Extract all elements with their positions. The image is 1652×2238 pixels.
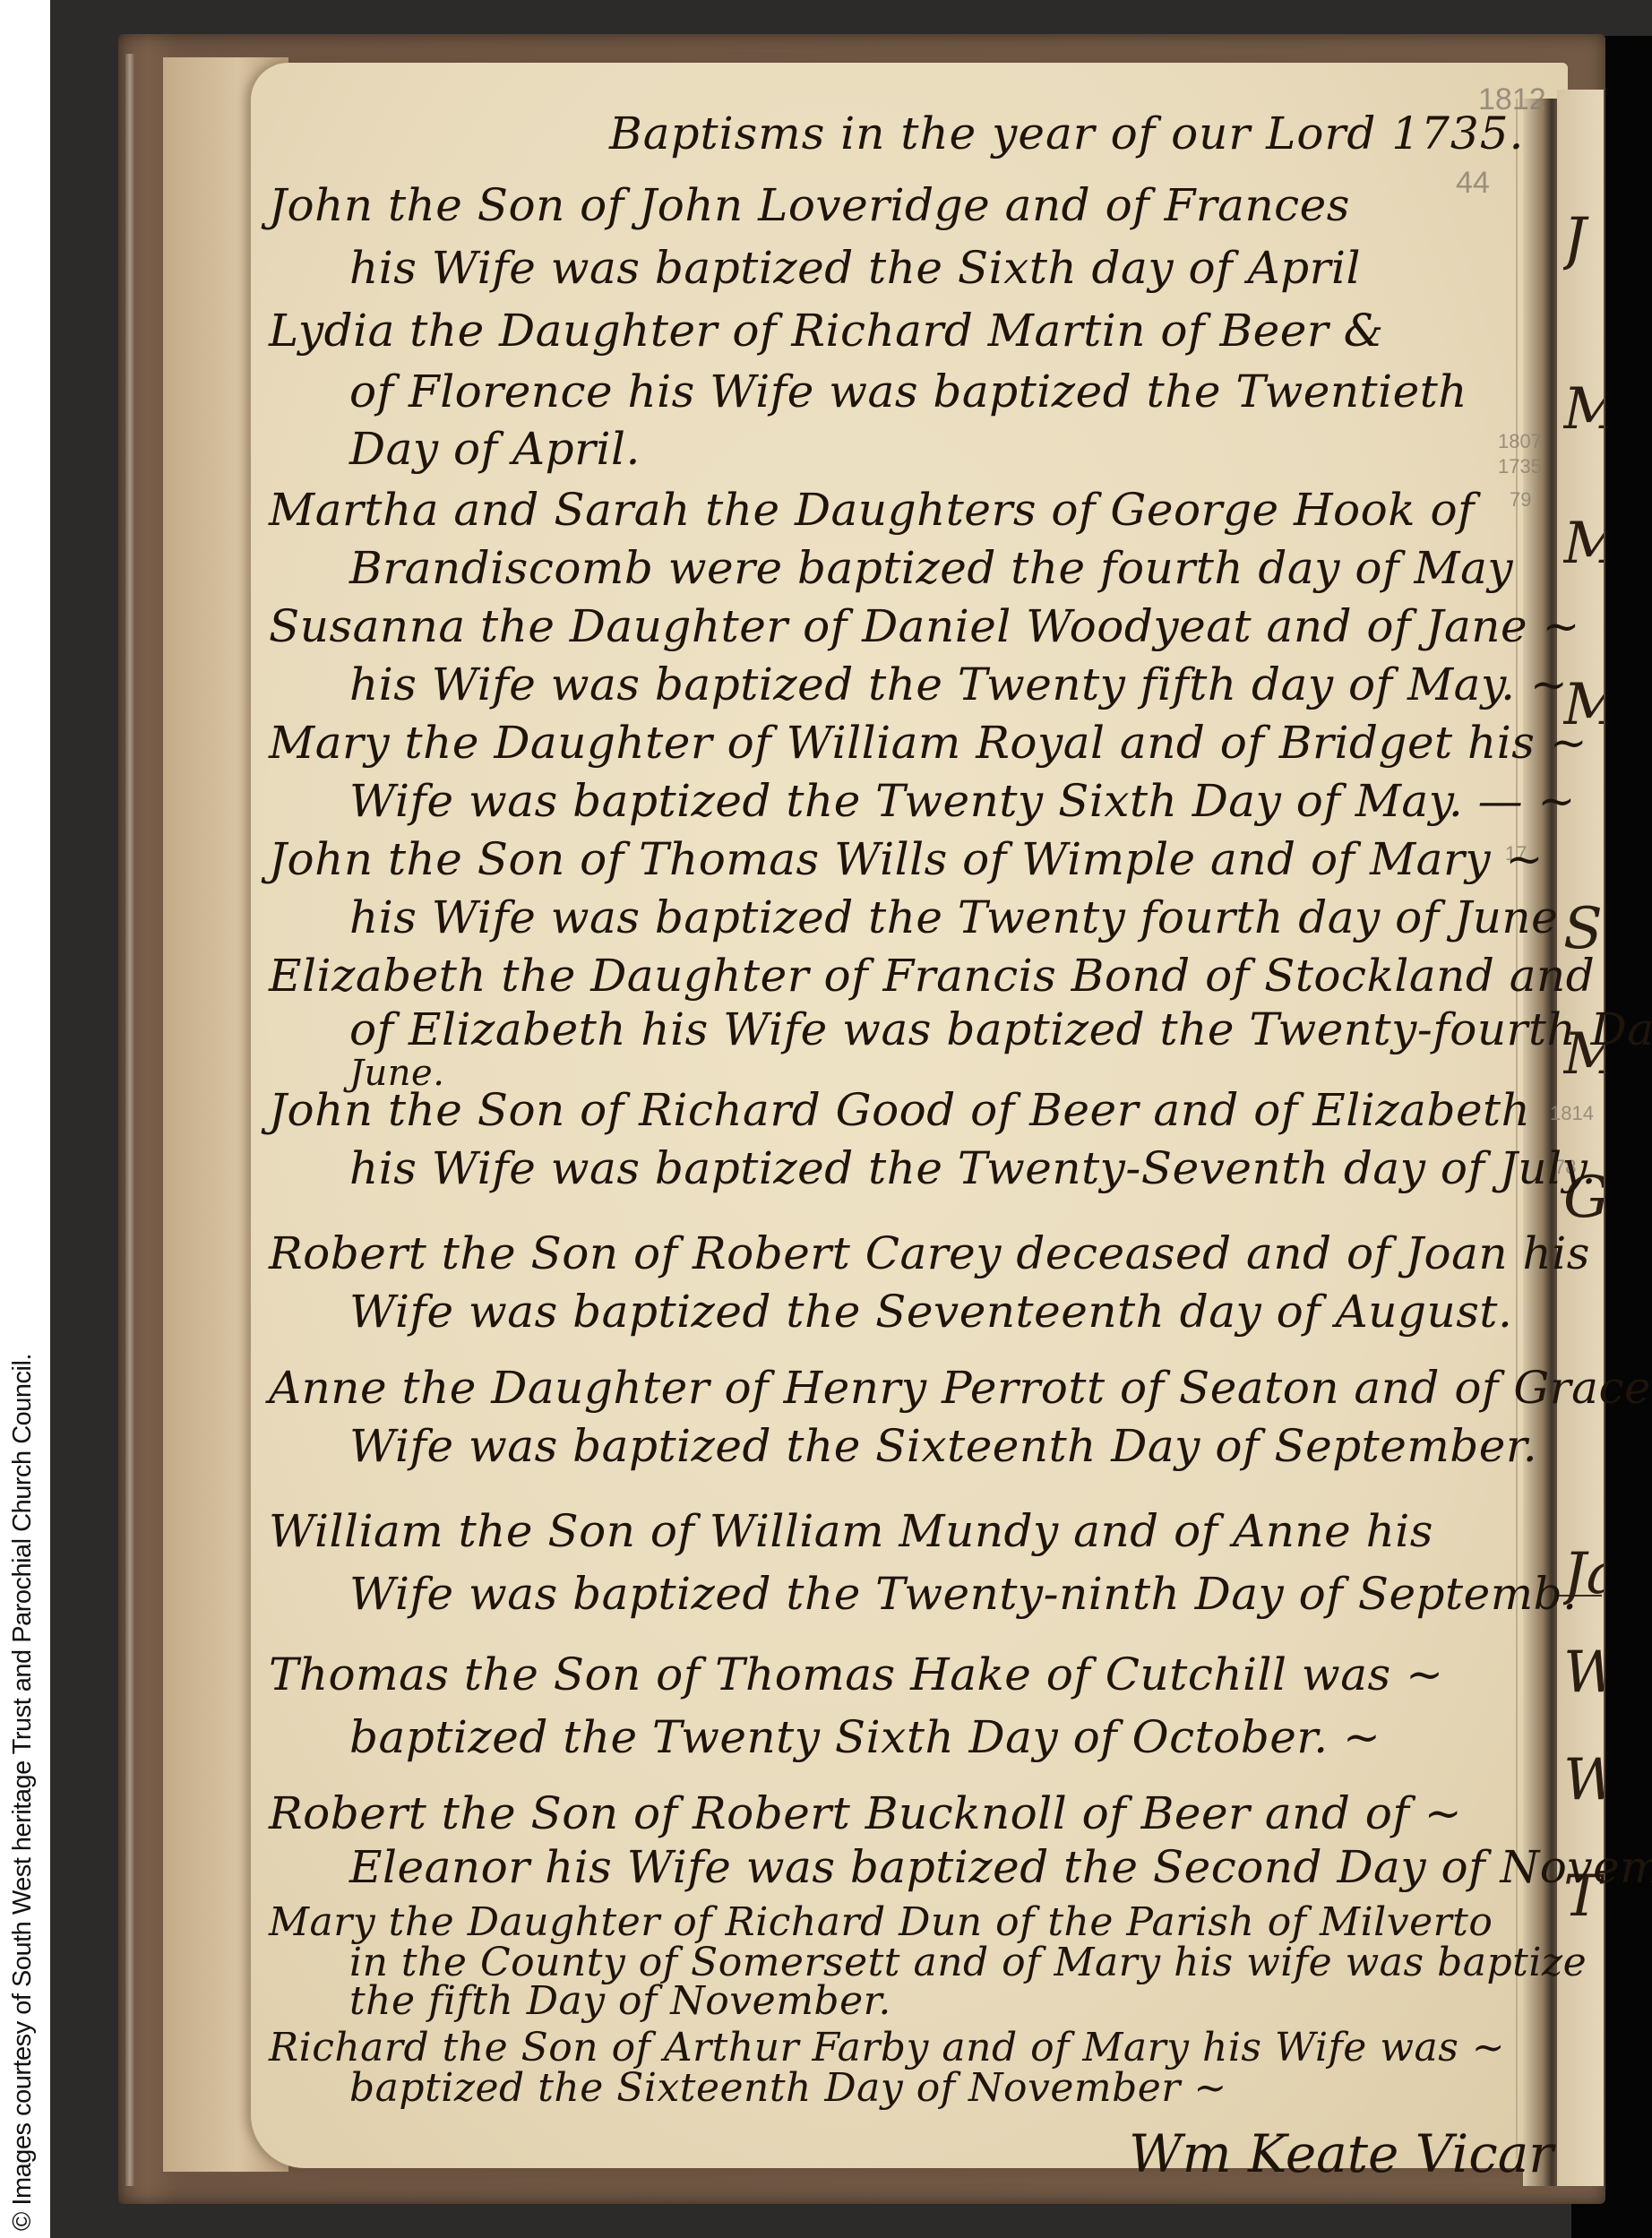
entry-line: Brandiscomb were baptized the fourth day… <box>349 542 1513 594</box>
vicar-signature: Wm Keate Vicar <box>1129 2123 1553 2184</box>
copyright-credit: © Images courtesy of South West heritage… <box>8 1354 38 2231</box>
entry-line: Richard the Son of Arthur Farby and of M… <box>269 2025 1505 2070</box>
entry-line: Wife was baptized the Twenty-ninth Day o… <box>349 1568 1578 1620</box>
entry-line: Day of April. <box>349 423 641 475</box>
entry-line: Susanna the Daughter of Daniel Woodyeat … <box>269 600 1580 652</box>
entry-line: his Wife was baptized the Twenty fourth … <box>349 891 1558 943</box>
entry-line: John the Son of Thomas Wills of Wimple a… <box>269 833 1544 885</box>
entry-line: Anne the Daughter of Henry Perrott of Se… <box>269 1362 1652 1414</box>
entry-line: Thomas the Son of Thomas Hake of Cutchil… <box>269 1648 1443 1700</box>
entry-line: Wife was baptized the Seventeenth day of… <box>349 1286 1512 1338</box>
entry-line: his Wife was baptized the Sixth day of A… <box>349 242 1361 294</box>
facing-glyph: W <box>1563 1747 1604 1813</box>
entry-line: John the Son of Richard Good of Beer and… <box>269 1084 1530 1136</box>
pencil-note: 1807 <box>1498 430 1542 453</box>
entry-line: baptized the Twenty Sixth Day of October… <box>349 1711 1381 1763</box>
entry-line: John the Son of John Loveridge and of Fr… <box>269 179 1350 231</box>
register-heading: Baptisms in the year of our Lord 1735. <box>609 108 1524 159</box>
entry-line: Martha and Sarah the Daughters of George… <box>269 484 1475 536</box>
pencil-note: 1735 <box>1498 455 1542 478</box>
pencil-note: 1814 <box>1550 1102 1594 1125</box>
entry-line: Elizabeth the Daughter of Francis Bond o… <box>269 950 1595 1002</box>
entry-line: his Wife was baptized the Twenty-Seventh… <box>349 1142 1596 1194</box>
credit-strip: © Images courtesy of South West heritage… <box>0 0 50 2238</box>
pencil-note-number: 44 <box>1456 166 1490 201</box>
facing-glyph: W <box>1563 1640 1604 1706</box>
entry-line: Wife was baptized the Twenty Sixth Day o… <box>349 775 1576 827</box>
facing-glyph: J <box>1563 206 1604 272</box>
entry-line: William the Son of William Mundy and of … <box>269 1505 1433 1557</box>
facing-glyph: M <box>1563 376 1604 443</box>
entry-line: Wife was baptized the Sixteenth Day of S… <box>349 1420 1537 1472</box>
entry-line: Eleanor his Wife was baptized the Second… <box>349 1841 1652 1893</box>
entry-line: of Florence his Wife was baptized the Tw… <box>349 366 1467 417</box>
entry-line: baptized the Sixteenth Day of November ~ <box>349 2065 1227 2111</box>
entry-line: of Elizabeth his Wife was baptized the T… <box>349 1003 1652 1055</box>
entry-line: Mary the Daughter of Richard Dun of the … <box>269 1899 1493 1945</box>
entry-line: his Wife was baptized the Twenty fifth d… <box>349 658 1568 710</box>
entry-line: the fifth Day of November. <box>349 1978 891 2024</box>
pencil-note: 79 <box>1510 488 1531 512</box>
facing-glyph: M <box>1563 511 1604 577</box>
entry-line: Robert the Son of Robert Carey deceased … <box>269 1227 1590 1279</box>
binding-highlight <box>125 54 134 2186</box>
entry-line: Robert the Son of Robert Bucknoll of Bee… <box>269 1787 1462 1839</box>
entry-line: Lydia the Daughter of Richard Martin of … <box>269 305 1384 357</box>
entry-line: Mary the Daughter of William Royal and o… <box>269 717 1587 769</box>
